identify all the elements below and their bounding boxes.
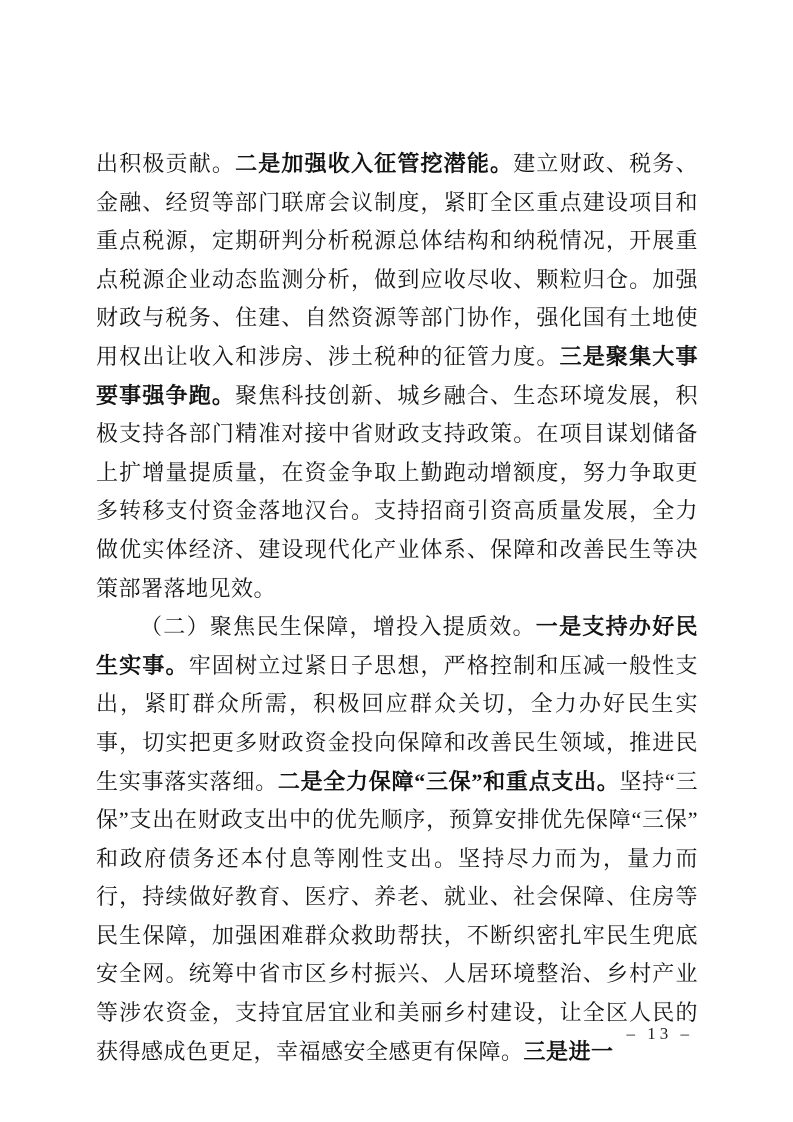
text-run-bold: 二是加强收入征管挖潜能。 [235, 151, 513, 176]
paragraph-continuation: 出积极贡献。二是加强收入征管挖潜能。建立财政、税务、金融、经贸等部门联席会议制度… [96, 145, 698, 608]
page-number: – 13 – [627, 1024, 694, 1044]
document-page: 出积极贡献。二是加强收入征管挖潜能。建立财政、税务、金融、经贸等部门联席会议制度… [0, 0, 793, 1122]
text-run-bold: 二是全力保障“三保”和重点支出。 [278, 769, 620, 794]
document-body: 出积极贡献。二是加强收入征管挖潜能。建立财政、税务、金融、经贸等部门联席会议制度… [96, 145, 698, 1071]
text-run: 坚持“三保”支出在财政支出中的优先顺序，预算安排优先保障“三保”和政府债务还本付… [96, 769, 698, 1064]
text-run: 聚焦科技创新、城乡融合、生态环境发展，积极支持各部门精准对接中省财政支持政策。在… [96, 383, 698, 601]
paragraph-section-two: （二）聚焦民生保障，增投入提质效。一是支持办好民生实事。牢固树立过紧日子思想，严… [96, 608, 698, 1071]
text-run: 建立财政、税务、金融、经贸等部门联席会议制度，紧盯全区重点建设项目和重点税源，定… [96, 151, 698, 369]
text-run: （二）聚焦民生保障，增投入提质效。 [140, 614, 536, 639]
text-run: 出积极贡献。 [96, 151, 235, 176]
text-run-bold: 三是进一 [524, 1039, 614, 1064]
